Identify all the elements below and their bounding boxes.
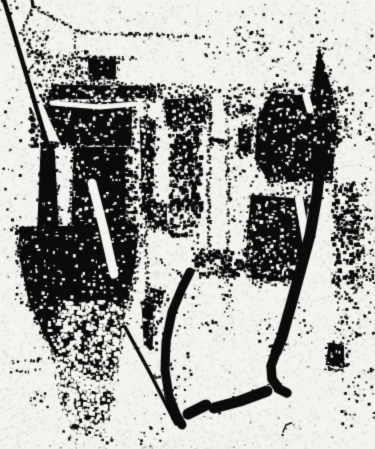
abstract-artwork	[0, 0, 375, 449]
abstract-artwork-canvas	[0, 0, 375, 449]
